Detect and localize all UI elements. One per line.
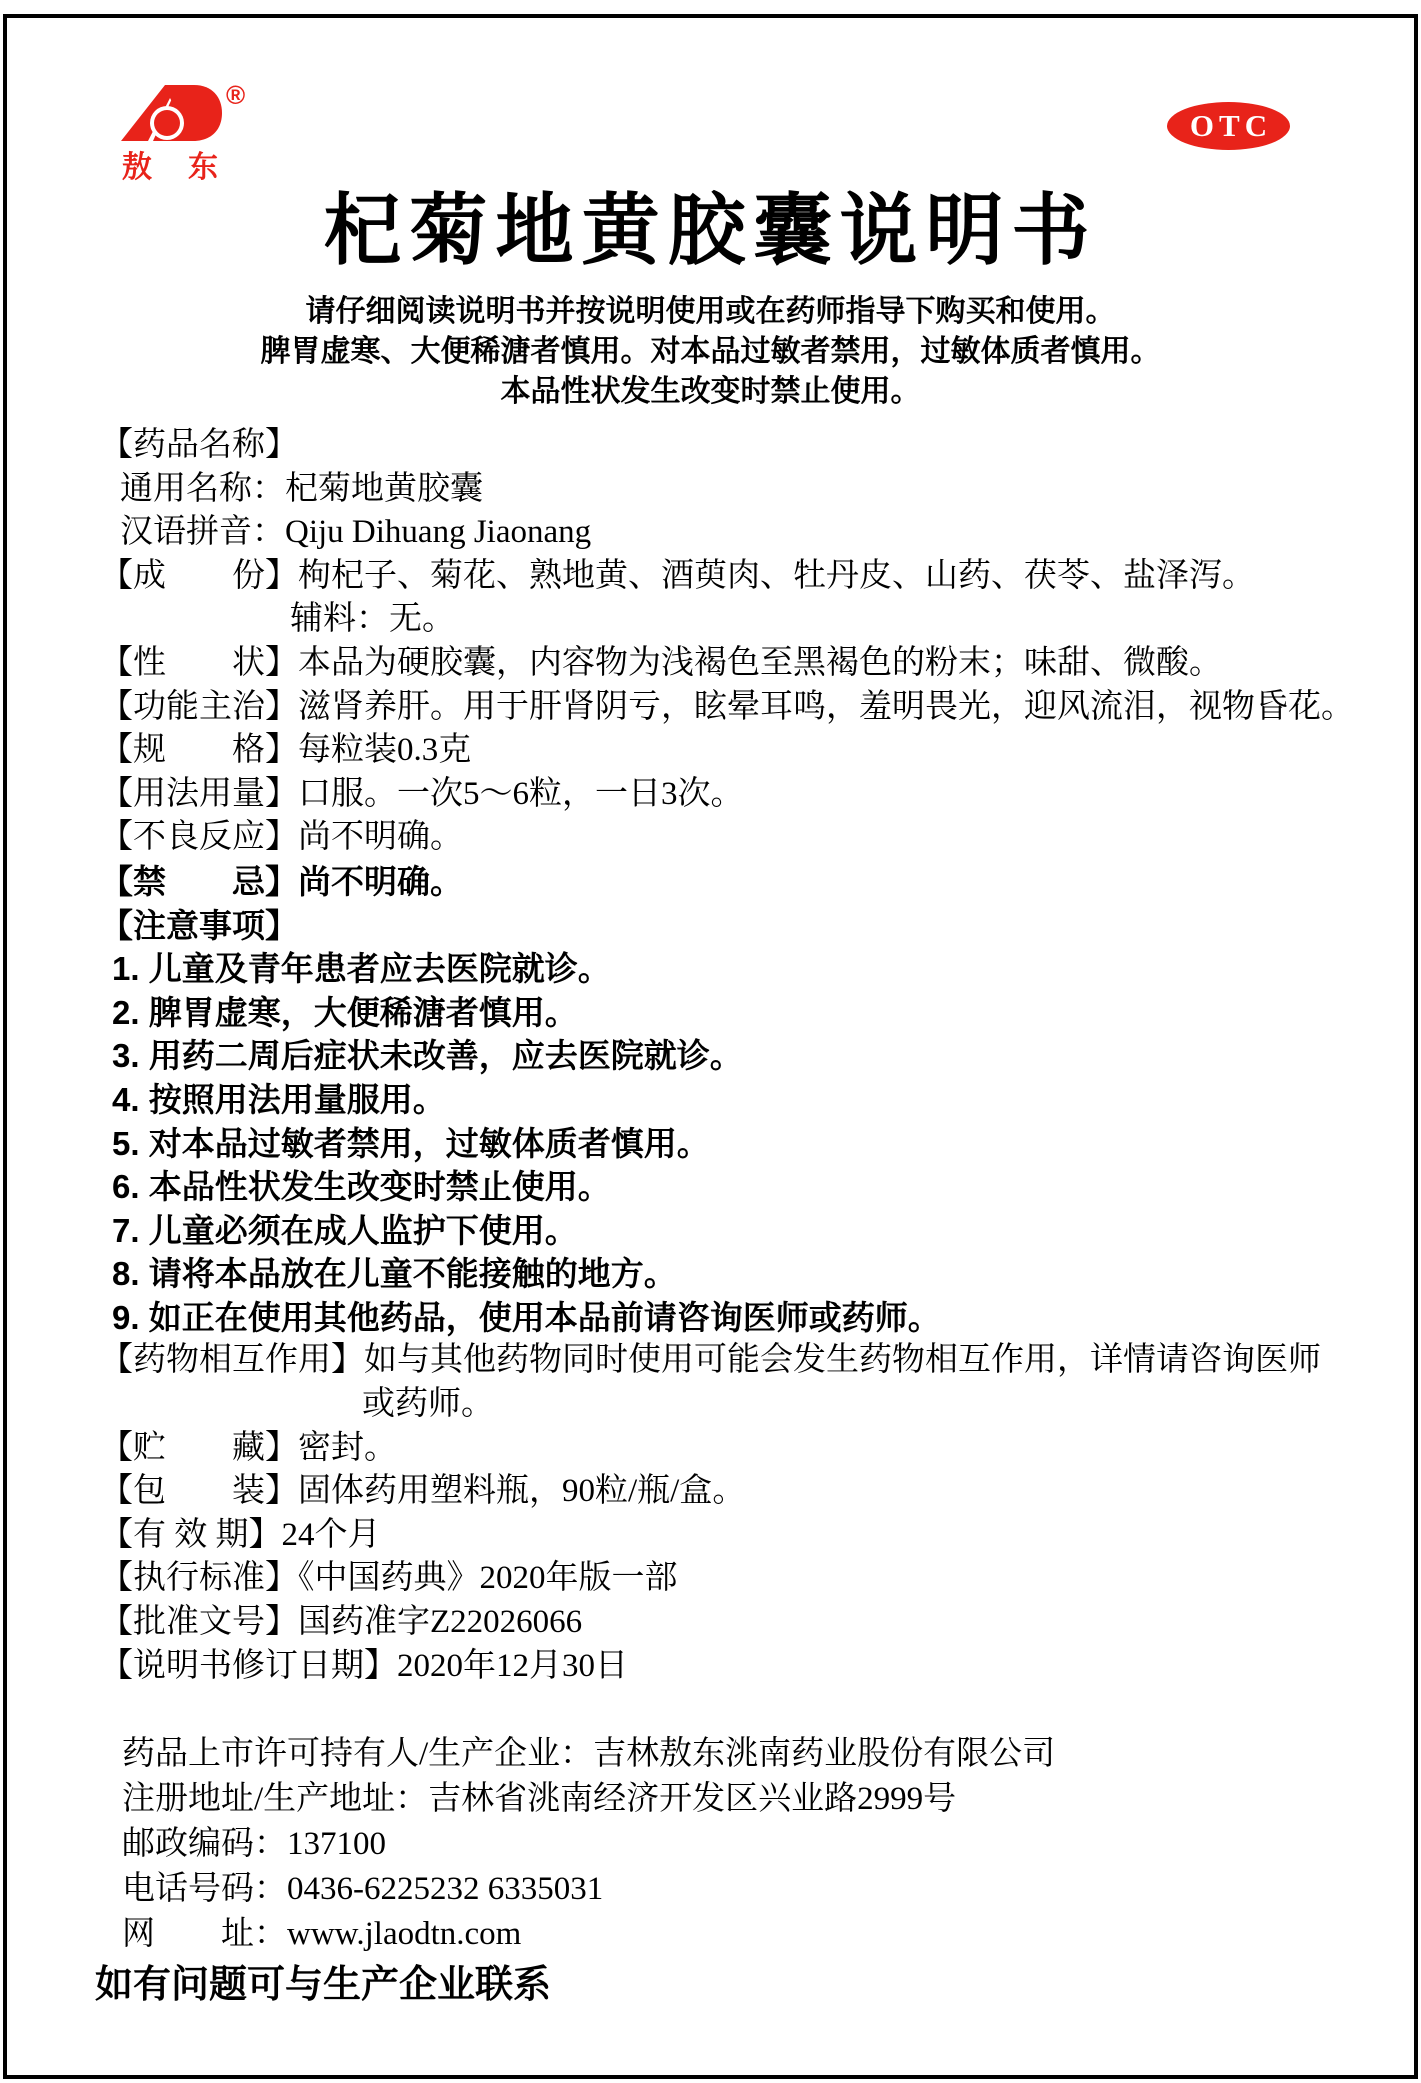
section-revision-date: 【说明书修订日期】2020年12月30日 [100,1645,1381,1689]
section-dosage: 【用法用量】口服。一次5～6粒，一日3次。 [100,773,1381,817]
section-functions: 【功能主治】滋肾养肝。用于肝肾阴亏，眩晕耳鸣，羞明畏光，迎风流泪，视物昏花。 [100,686,1381,730]
precaution-item: 1. 儿童及青年患者应去医院就诊。 [100,947,1381,991]
precaution-item: 8. 请将本品放在儿童不能接触的地方。 [100,1252,1381,1296]
license-holder: 药品上市许可持有人/生产企业：吉林敖东洮南药业股份有限公司 [100,1732,1381,1777]
section-validity: 【有 效 期】24个月 [100,1514,1381,1558]
warning-line: 本品性状发生改变时禁止使用。 [0,372,1421,412]
section-precautions-label: 【注意事项】 [100,904,1381,948]
section-ingredients: 【成 份】枸杞子、菊花、熟地黄、酒萸肉、牡丹皮、山药、茯苓、盐泽泻。 [100,555,1381,599]
aodong-logo-glyph [120,83,223,143]
registered-address: 注册地址/生产地址：吉林省洮南经济开发区兴业路2999号 [100,1777,1381,1822]
warning-line: 脾胃虚寒、大便稀溏者慎用。对本品过敏者禁用，过敏体质者慎用。 [0,332,1421,372]
website: 网 址：www.jlaodtn.com [100,1912,1381,1957]
section-approval-number: 【批准文号】国药准字Z22026066 [100,1601,1381,1645]
section-spec: 【规 格】每粒装0.3克 [100,729,1381,773]
manufacturer-block: 药品上市许可持有人/生产企业：吉林敖东洮南药业股份有限公司 注册地址/生产地址：… [100,1732,1381,2008]
section-adverse-reactions: 【不良反应】尚不明确。 [100,816,1381,860]
precaution-item: 6. 本品性状发生改变时禁止使用。 [100,1165,1381,1209]
section-contraindication: 【禁 忌】尚不明确。 [100,860,1381,904]
generic-name: 通用名称：杞菊地黄胶囊 [100,468,1381,512]
brand-char-right: 东 [188,142,218,186]
page-title: 杞菊地黄胶囊说明书 [0,182,1421,278]
precaution-item: 2. 脾胃虚寒，大便稀溏者慎用。 [100,991,1381,1035]
insert-body: 【药品名称】 通用名称：杞菊地黄胶囊 汉语拼音：Qiju Dihuang Jia… [100,424,1381,2008]
registered-trademark-icon: ® [226,82,245,108]
section-standard: 【执行标准】《中国药典》2020年版一部 [100,1557,1381,1601]
phone-number: 电话号码：0436-6225232 6335031 [100,1867,1381,1912]
section-character: 【性 状】本品为硬胶囊，内容物为浅褐色至黑褐色的粉末；味甜、微酸。 [100,642,1381,686]
warning-block: 请仔细阅读说明书并按说明使用或在药师指导下购买和使用。 脾胃虚寒、大便稀溏者慎用… [0,292,1421,412]
section-drug-name-label: 【药品名称】 [100,424,1381,468]
contact-note: 如有问题可与生产企业联系 [95,1963,1381,2008]
precaution-item: 4. 按照用法用量服用。 [100,1078,1381,1122]
section-interaction: 【药物相互作用】如与其他药物同时使用可能会发生药物相互作用，详情请咨询医师 [100,1339,1381,1383]
warning-line: 请仔细阅读说明书并按说明使用或在药师指导下购买和使用。 [0,292,1421,332]
postcode: 邮政编码：137100 [100,1822,1381,1867]
precaution-item: 3. 用药二周后症状未改善，应去医院就诊。 [100,1034,1381,1078]
precaution-item: 9. 如正在使用其他药品，使用本品前请咨询医师或药师。 [100,1296,1381,1340]
section-interaction-cont: 或药师。 [100,1383,1381,1427]
section-ingredients-cont: 辅料：无。 [100,598,1381,642]
brand-char-left: 敖 [122,142,152,186]
aodong-logo-icon [120,83,223,143]
pinyin-name: 汉语拼音：Qiju Dihuang Jiaonang [100,511,1381,555]
otc-badge: OTC [1167,102,1290,150]
section-storage: 【贮 藏】密封。 [100,1427,1381,1471]
section-package: 【包 装】固体药用塑料瓶，90粒/瓶/盒。 [100,1470,1381,1514]
precaution-item: 5. 对本品过敏者禁用，过敏体质者慎用。 [100,1122,1381,1166]
package-insert-page: ® 敖 东 OTC 杞菊地黄胶囊说明书 请仔细阅读说明书并按说明使用或在药师指导… [0,0,1421,2083]
precaution-item: 7. 儿童必须在成人监护下使用。 [100,1209,1381,1253]
brand-name: 敖 东 [122,142,218,186]
